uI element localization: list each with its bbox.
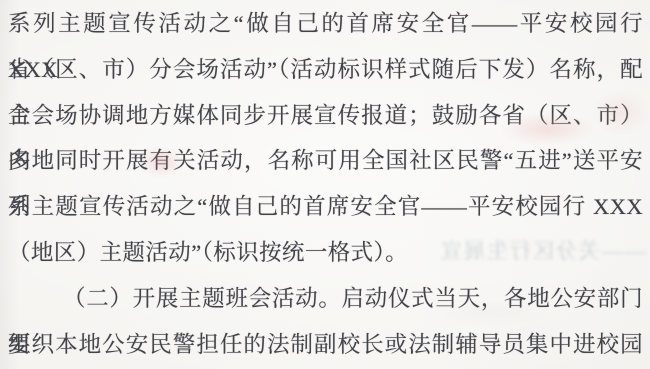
- text-line: （二）开展主题班会活动。启动仪式当天，各地公安部门要: [8, 276, 643, 322]
- text-line: （地区）主题活动”（标识按统一格式）。: [8, 230, 643, 276]
- scanned-document-page: 系列主题宣传活动之“做自己的首席安全官——平安校园行 XXX 省（区、市）分会场…: [0, 0, 650, 369]
- text-line: 系列主题宣传活动之“做自己的首席安全官——平安校园行 XXX: [8, 1, 643, 47]
- text-line: 列主题宣传活动之“做自己的首席安全官——平安校园行 XXX: [8, 184, 643, 230]
- text-line: 主会场协调地方媒体同步开展宣传报道；鼓励各省（区、市）内: [8, 93, 643, 139]
- text-line: 多地同时开展有关活动，名称可用全国社区民警“五进”送平安系: [8, 138, 643, 184]
- document-text-block: 系列主题宣传活动之“做自己的首席安全官——平安校园行 XXX 省（区、市）分会场…: [8, 1, 643, 367]
- text-line: 组织本地公安民警担任的法制副校长或法制辅导员集中进校园开: [8, 322, 643, 368]
- text-line: 省（区、市）分会场活动”（活动标识样式随后下发）名称，配合: [8, 47, 643, 93]
